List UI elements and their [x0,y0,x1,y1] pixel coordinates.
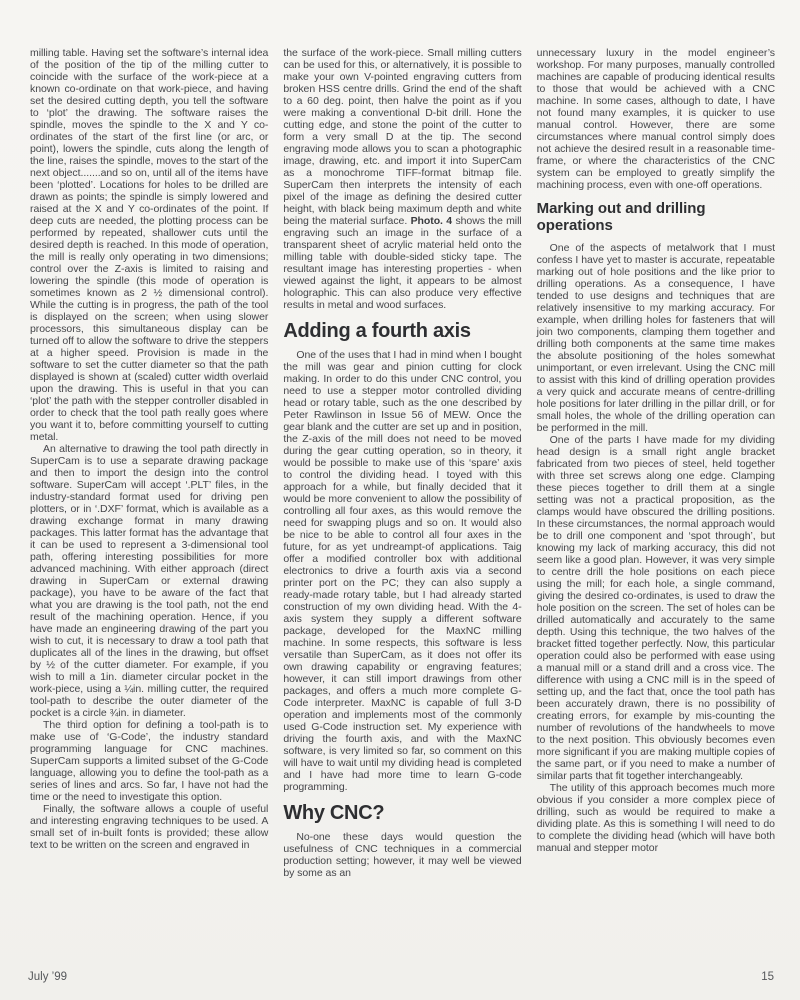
paragraph-why-cnc-intro: No-one these days would question the use… [283,831,521,879]
article-columns: milling table. Having set the software’s… [30,47,775,962]
column-middle: the surface of the work-piece. Small mil… [283,47,521,962]
column-left: milling table. Having set the software’s… [30,47,268,962]
paragraph-angle-bracket: One of the parts I have made for my divi… [537,434,775,782]
section-heading-marking-out: Marking out and drilling operations [537,201,775,234]
paragraph-engraving-modes-text-b: shows the mill engraving such an image i… [283,215,521,311]
page-footer: July ’99 15 [28,971,774,983]
paragraph-engraving-modes: the surface of the work-piece. Small mil… [283,47,521,311]
section-heading-adding-fourth-axis: Adding a fourth axis [283,320,521,342]
paragraph-fourth-axis: One of the uses that I had in mind when … [283,349,521,793]
paragraph-gcode-option: The third option for defining a tool-pat… [30,719,268,803]
section-heading-why-cnc: Why CNC? [283,802,521,824]
photo-reference: Photo. 4 [411,215,453,227]
paragraph-engraving-fonts: Finally, the software allows a couple of… [30,803,268,851]
paragraph-marking-out: One of the aspects of metalwork that I m… [537,242,775,434]
paragraph-plotting: milling table. Having set the software’s… [30,47,268,443]
paragraph-manual-vs-cnc: unnecessary luxury in the model engineer… [537,47,775,191]
footer-page-number: 15 [761,971,774,983]
column-right: unnecessary luxury in the model engineer… [537,47,775,962]
paragraph-engraving-modes-text-a: the surface of the work-piece. Small mil… [283,47,521,227]
footer-issue-date: July ’99 [28,971,67,983]
magazine-page: milling table. Having set the software’s… [0,0,800,1000]
paragraph-import-formats: An alternative to drawing the tool path … [30,443,268,719]
paragraph-dividing-plate: The utility of this approach becomes muc… [537,782,775,854]
